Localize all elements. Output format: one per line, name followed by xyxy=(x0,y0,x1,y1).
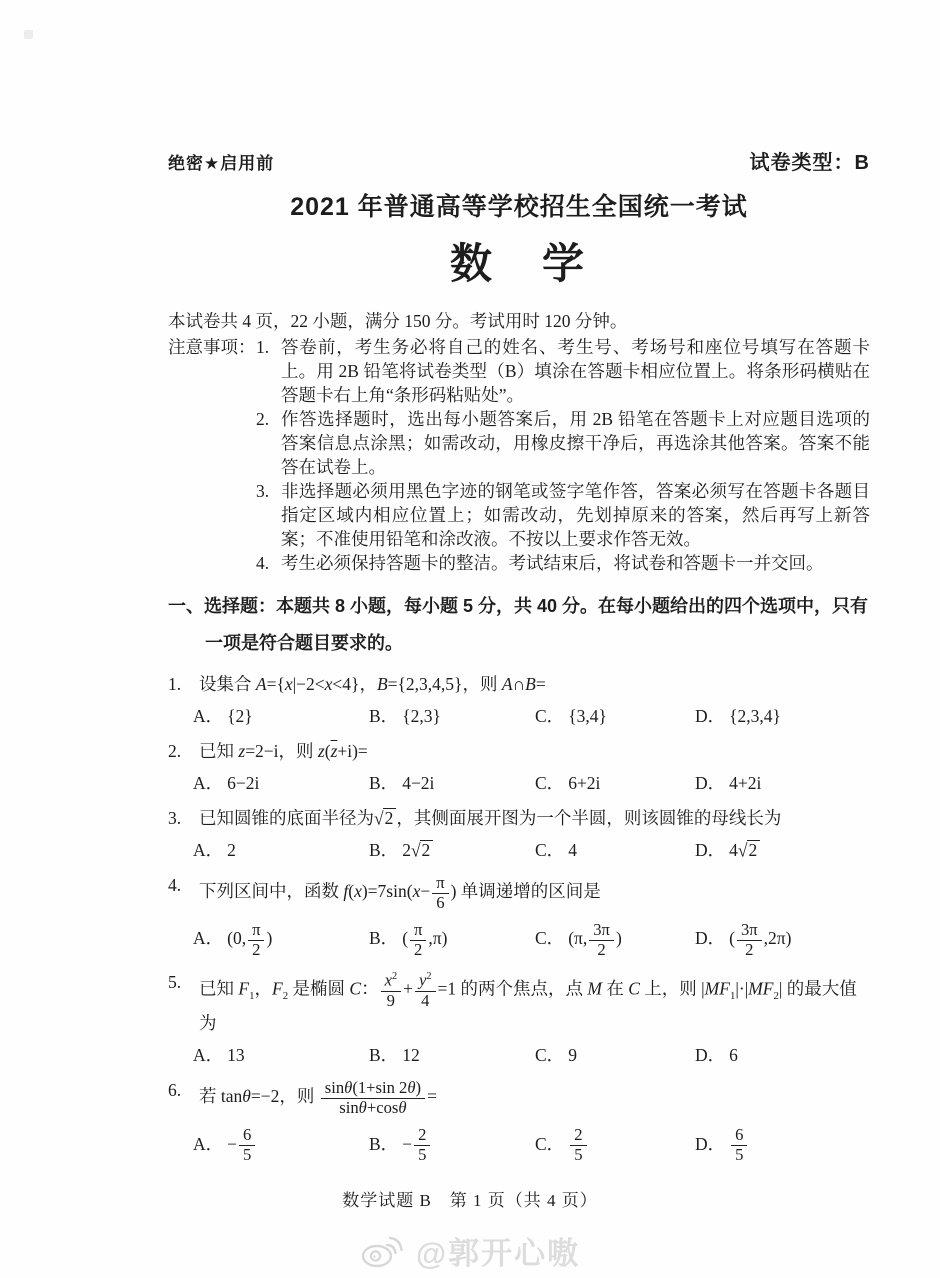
option-label: D． xyxy=(695,1134,725,1154)
option-a: A．−65 xyxy=(193,1125,369,1165)
option-c: C．(π,3π2) xyxy=(535,920,695,960)
option-d: D．6 xyxy=(695,1043,870,1068)
paper-type-label: 试卷类型：B xyxy=(750,146,870,175)
subject-title: 数 学 xyxy=(168,231,870,291)
option-label: C． xyxy=(535,773,564,793)
option-value: 6+2i xyxy=(568,773,600,793)
exam-page: 绝密★启用前 试卷类型：B 2021 年普通高等学校招生全国统一考试 数 学 本… xyxy=(0,0,940,1278)
option-a: A．{2} xyxy=(193,704,369,729)
exam-intro: 本试卷共 4 页，22 小题，满分 150 分。考试用时 120 分钟。 xyxy=(168,309,870,333)
question-stem: 2. 已知 z=2−i，则 z(z+i)= xyxy=(168,739,870,764)
question-2: 2. 已知 z=2−i，则 z(z+i)= A．6−2i B．4−2i C．6+… xyxy=(168,739,870,796)
option-value: 2√2 xyxy=(402,840,433,860)
option-label: D． xyxy=(695,928,725,948)
option-value: −25 xyxy=(402,1134,432,1154)
option-value: 6 xyxy=(729,1045,738,1065)
question-number: 6. xyxy=(168,1078,199,1118)
question-number: 5. xyxy=(168,970,199,1036)
section-heading: 一、选择题：本题共 8 小题，每小题 5 分，共 40 分。在每小题给出的四个选… xyxy=(168,588,870,662)
option-d: D．4+2i xyxy=(695,771,870,796)
option-value: 4√2 xyxy=(729,840,760,860)
question-options: A．13 B．12 C．9 D．6 xyxy=(168,1043,870,1068)
question-1: 1. 设集合 A={x|−2<x<4}，B={2,3,4,5}，则 A∩B= A… xyxy=(168,672,870,729)
notes-section: 注意事项： 1. 答卷前，考生务必将自己的姓名、考生号、考场号和座位号填写在答题… xyxy=(168,335,870,575)
question-stem: 5. 已知 F1，F2 是椭圆 C：x29+y24=1 的两个焦点，点 M 在 … xyxy=(168,970,870,1036)
note-number: 3. xyxy=(256,479,281,551)
question-text: 下列区间中，函数 f(x)=7sin(x−π6) 单调递增的区间是 xyxy=(199,873,870,913)
option-label: D． xyxy=(695,706,725,726)
note-text: 非选择题必须用黑色字迹的钢笔或签字笔作答，答案必须写在答题卡各题目指定区域内相应… xyxy=(281,479,870,551)
option-value: −65 xyxy=(227,1134,257,1154)
option-a: A．(0,π2) xyxy=(193,920,369,960)
option-label: D． xyxy=(695,840,725,860)
question-3: 3. 已知圆锥的底面半径为√2，其侧面展开图为一个半圆，则该圆锥的母线长为 A．… xyxy=(168,806,870,863)
option-value: 25 xyxy=(568,1134,588,1154)
option-value: {2,3,4} xyxy=(729,706,781,726)
option-label: D． xyxy=(695,1045,725,1065)
option-label: A． xyxy=(193,1045,223,1065)
question-number: 3. xyxy=(168,806,199,831)
page-header: 绝密★启用前 试卷类型：B xyxy=(168,146,870,175)
note-item-3: 3. 非选择题必须用黑色字迹的钢笔或签字笔作答，答案必须写在答题卡各题目指定区域… xyxy=(256,479,870,551)
watermark-text: @郭开心嗷 xyxy=(416,1228,580,1273)
classification-label: 绝密★启用前 xyxy=(168,149,274,174)
notes-label: 注意事项： xyxy=(168,335,256,359)
option-label: B． xyxy=(369,1045,398,1065)
option-d: D．(3π2,2π) xyxy=(695,920,870,960)
note-text: 考生必须保持答题卡的整洁。考试结束后，将试卷和答题卡一并交回。 xyxy=(281,551,870,575)
note-number: 4. xyxy=(256,551,281,575)
option-value: 12 xyxy=(402,1045,420,1065)
option-label: B． xyxy=(369,1134,398,1154)
option-b: B．{2,3} xyxy=(369,704,535,729)
question-stem: 1. 设集合 A={x|−2<x<4}，B={2,3,4,5}，则 A∩B= xyxy=(168,672,870,697)
option-value: (0,π2) xyxy=(227,928,272,948)
note-item-1: 1. 答卷前，考生务必将自己的姓名、考生号、考场号和座位号填写在答题卡上。用 2… xyxy=(256,335,870,407)
option-value: (π2,π) xyxy=(402,928,447,948)
option-value: 4 xyxy=(568,840,577,860)
option-c: C．6+2i xyxy=(535,771,695,796)
note-item-4: 4. 考生必须保持答题卡的整洁。考试结束后，将试卷和答题卡一并交回。 xyxy=(256,551,870,575)
option-label: A． xyxy=(193,773,223,793)
question-6: 6. 若 tanθ=−2，则 sinθ(1+sin 2θ)sinθ+cosθ= … xyxy=(168,1078,870,1165)
exam-title: 2021 年普通高等学校招生全国统一考试 xyxy=(168,187,870,223)
question-5: 5. 已知 F1，F2 是椭圆 C：x29+y24=1 的两个焦点，点 M 在 … xyxy=(168,970,870,1068)
weibo-icon xyxy=(360,1232,406,1270)
option-label: C． xyxy=(535,928,564,948)
option-b: B．2√2 xyxy=(369,838,535,863)
question-options: A．2 B．2√2 C．4 D．4√2 xyxy=(168,838,870,863)
question-options: A．−65 B．−25 C．25 D．65 xyxy=(168,1125,870,1165)
exam-sheet: 绝密★启用前 试卷类型：B 2021 年普通高等学校招生全国统一考试 数 学 本… xyxy=(168,146,870,1166)
option-value: 9 xyxy=(568,1045,577,1065)
note-number: 2. xyxy=(256,407,281,479)
option-label: C． xyxy=(535,840,564,860)
option-label: A． xyxy=(193,928,223,948)
option-b: B．(π2,π) xyxy=(369,920,535,960)
option-c: C．4 xyxy=(535,838,695,863)
question-options: A．{2} B．{2,3} C．{3,4} D．{2,3,4} xyxy=(168,704,870,729)
question-text: 设集合 A={x|−2<x<4}，B={2,3,4,5}，则 A∩B= xyxy=(199,672,870,697)
option-b: B．12 xyxy=(369,1043,535,1068)
option-value: 13 xyxy=(227,1045,245,1065)
option-d: D．{2,3,4} xyxy=(695,704,870,729)
option-value: {3,4} xyxy=(568,706,607,726)
option-label: B． xyxy=(369,773,398,793)
option-label: A． xyxy=(193,840,223,860)
question-number: 4. xyxy=(168,873,199,913)
question-text: 已知圆锥的底面半径为√2，其侧面展开图为一个半圆，则该圆锥的母线长为 xyxy=(199,806,870,831)
question-number: 1. xyxy=(168,672,199,697)
question-number: 2. xyxy=(168,739,199,764)
option-label: C． xyxy=(535,1134,564,1154)
option-d: D．4√2 xyxy=(695,838,870,863)
option-a: A．13 xyxy=(193,1043,369,1068)
question-stem: 3. 已知圆锥的底面半径为√2，其侧面展开图为一个半圆，则该圆锥的母线长为 xyxy=(168,806,870,831)
question-text: 已知 z=2−i，则 z(z+i)= xyxy=(199,739,870,764)
option-a: A．6−2i xyxy=(193,771,369,796)
question-options: A．6−2i B．4−2i C．6+2i D．4+2i xyxy=(168,771,870,796)
option-b: B．4−2i xyxy=(369,771,535,796)
note-text: 作答选择题时，选出每小题答案后，用 2B 铅笔在答题卡上对应题目选项的答案信息点… xyxy=(281,407,870,479)
option-value: (π,3π2) xyxy=(568,928,622,948)
option-c: C．25 xyxy=(535,1125,695,1165)
question-text: 若 tanθ=−2，则 sinθ(1+sin 2θ)sinθ+cosθ= xyxy=(199,1078,870,1118)
option-label: B． xyxy=(369,706,398,726)
option-label: A． xyxy=(193,1134,223,1154)
option-b: B．−25 xyxy=(369,1125,535,1165)
option-label: B． xyxy=(369,928,398,948)
option-value: 65 xyxy=(729,1134,749,1154)
watermark: @郭开心嗷 xyxy=(0,1228,940,1273)
option-value: {2} xyxy=(227,706,253,726)
option-d: D．65 xyxy=(695,1125,870,1165)
option-value: 4−2i xyxy=(402,773,434,793)
option-a: A．2 xyxy=(193,838,369,863)
option-c: C．{3,4} xyxy=(535,704,695,729)
question-options: A．(0,π2) B．(π2,π) C．(π,3π2) D．(3π2,2π) xyxy=(168,920,870,960)
option-value: 6−2i xyxy=(227,773,259,793)
option-label: D． xyxy=(695,773,725,793)
scan-smudge xyxy=(24,30,33,39)
note-item-2: 2. 作答选择题时，选出每小题答案后，用 2B 铅笔在答题卡上对应题目选项的答案… xyxy=(256,407,870,479)
note-number: 1. xyxy=(256,335,281,407)
option-c: C．9 xyxy=(535,1043,695,1068)
question-stem: 4. 下列区间中，函数 f(x)=7sin(x−π6) 单调递增的区间是 xyxy=(168,873,870,913)
option-value: (3π2,2π) xyxy=(729,928,791,948)
page-footer: 数学试题 B 第 1 页（共 4 页） xyxy=(0,1186,940,1211)
note-text: 答卷前，考生务必将自己的姓名、考生号、考场号和座位号填写在答题卡上。用 2B 铅… xyxy=(281,335,870,407)
option-value: 2 xyxy=(227,840,236,860)
option-label: C． xyxy=(535,706,564,726)
option-label: C． xyxy=(535,1045,564,1065)
option-value: {2,3} xyxy=(402,706,441,726)
option-label: B． xyxy=(369,840,398,860)
question-text: 已知 F1，F2 是椭圆 C：x29+y24=1 的两个焦点，点 M 在 C 上… xyxy=(199,970,870,1036)
question-4: 4. 下列区间中，函数 f(x)=7sin(x−π6) 单调递增的区间是 A．(… xyxy=(168,873,870,960)
option-value: 4+2i xyxy=(729,773,761,793)
option-label: A． xyxy=(193,706,223,726)
question-stem: 6. 若 tanθ=−2，则 sinθ(1+sin 2θ)sinθ+cosθ= xyxy=(168,1078,870,1118)
